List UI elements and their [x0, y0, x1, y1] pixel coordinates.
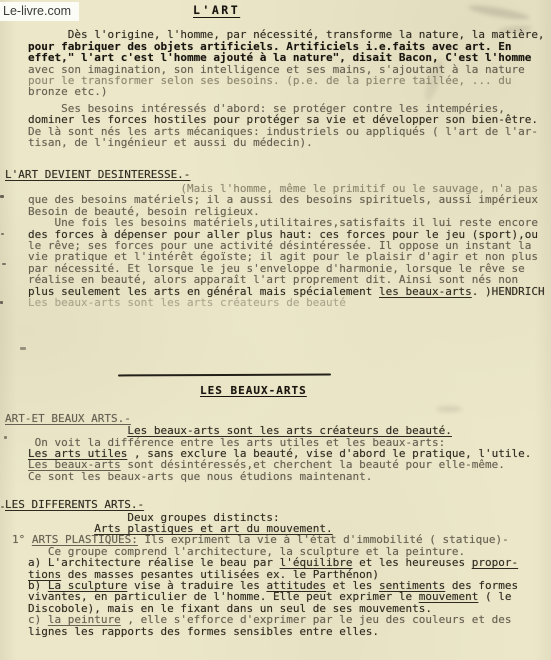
document-content: L'ART Dès l'origine, l'homme, par nécess…: [0, 0, 551, 637]
section-heading-differents-arts: LES DIFFERENTS ARTS.-: [5, 499, 551, 510]
paragraph-differents-arts: Deux groupes distincts: Arts plastiques …: [28, 512, 551, 637]
section-heading-art-desinteresse: L'ART DEVIENT DESINTERESSE.-: [5, 169, 551, 180]
paragraph-desinteresse: (Mais l'homme, même le primitif ou le sa…: [28, 183, 551, 308]
text-line: lignes les rapports des formes sensibles…: [28, 626, 551, 637]
paragraph-origins-of-art: Dès l'origine, l'homme, par nécessité, t…: [28, 29, 551, 97]
text-line: Ce groupe comprend l'architecture, la sc…: [28, 546, 551, 557]
text-line: tisan, de l'ingénieur et aussi du médeci…: [28, 137, 551, 148]
text-line: On voit la différence entre les arts uti…: [28, 437, 551, 448]
section-heading-les-beaux-arts: LES BEAUX-ARTS: [200, 385, 551, 396]
text-line: Ce sont les beaux-arts que nous étudions…: [28, 471, 551, 482]
watermark: Le-livre.com: [0, 2, 79, 21]
paragraph-practical-needs: Ses besoins intéressés d'abord: se proté…: [28, 103, 551, 149]
text-line: réalise en beauté, alors apparaît l'art …: [28, 274, 551, 285]
scanned-document-page: Le-livre.com L'ART Dès l'origine, l'homm…: [0, 0, 551, 660]
text-line: Ses besoins intéressés d'abord: se proté…: [28, 103, 551, 114]
text-line: bronze etc.): [28, 86, 551, 97]
section-heading-art-et-beaux-arts: ART-ET BEAUX ARTS.-: [5, 413, 551, 424]
text-line: Les beaux-arts sont les arts créateurs d…: [28, 297, 551, 308]
text-line: Une fois les besoins matériels,utilitair…: [28, 217, 551, 228]
document-title: L'ART: [193, 5, 551, 16]
paragraph-art-et-beaux-arts: Les beaux-arts sont les arts créateurs d…: [28, 425, 551, 482]
text-line: c) la peinture , elle s'efforce d'exprim…: [28, 614, 551, 625]
divider-line: [118, 374, 331, 377]
